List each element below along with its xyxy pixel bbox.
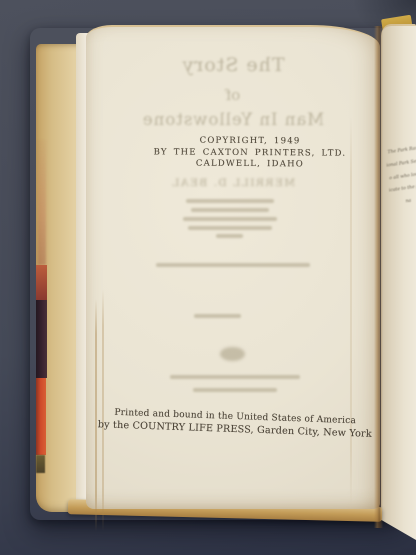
ghost-text-bar [188, 226, 272, 230]
jacket-art-olive-segment [36, 455, 45, 473]
ghost-text-bar [170, 375, 300, 379]
ghost-text-bar [183, 217, 277, 221]
jacket-art-orange-segment [36, 378, 46, 455]
ghost-author-line: MERRILL D. BEAL [86, 177, 380, 189]
copyright-line-3: CALDWELL, IDAHO [115, 158, 385, 171]
jacket-art-dark-segment [36, 300, 47, 378]
ghost-title-line: Man In Yellowstone [86, 110, 380, 129]
ghost-text-bar [216, 234, 243, 238]
ghost-title-line: of [86, 86, 380, 104]
dedication-line: na [405, 194, 416, 209]
book-gutter-shadow [374, 26, 383, 528]
page-crease [350, 117, 352, 507]
jacket-artwork-edge [36, 44, 48, 512]
book-photograph: The Park Rang ional Park Ser o all who l… [0, 0, 416, 555]
dust-jacket-edge [36, 44, 80, 512]
ghost-colophon-ornament [220, 347, 245, 361]
jacket-art-red-segment [36, 265, 47, 300]
ghost-text-bar [186, 199, 274, 203]
ghost-title-line: The Story [86, 54, 380, 76]
facing-page: The Park Rang ional Park Ser o all who l… [381, 24, 416, 555]
jacket-art-wash [38, 140, 46, 265]
ghost-text-bar [193, 388, 277, 392]
copyright-notice: COPYRIGHT, 1949 BY THE CAXTON PRINTERS, … [115, 135, 385, 172]
ghost-text-bar [191, 208, 269, 212]
ghost-text-bar [156, 263, 310, 267]
dedication-text-fragment: The Park Rang ional Park Ser o all who l… [383, 143, 416, 211]
ghost-text-bar [194, 314, 241, 318]
